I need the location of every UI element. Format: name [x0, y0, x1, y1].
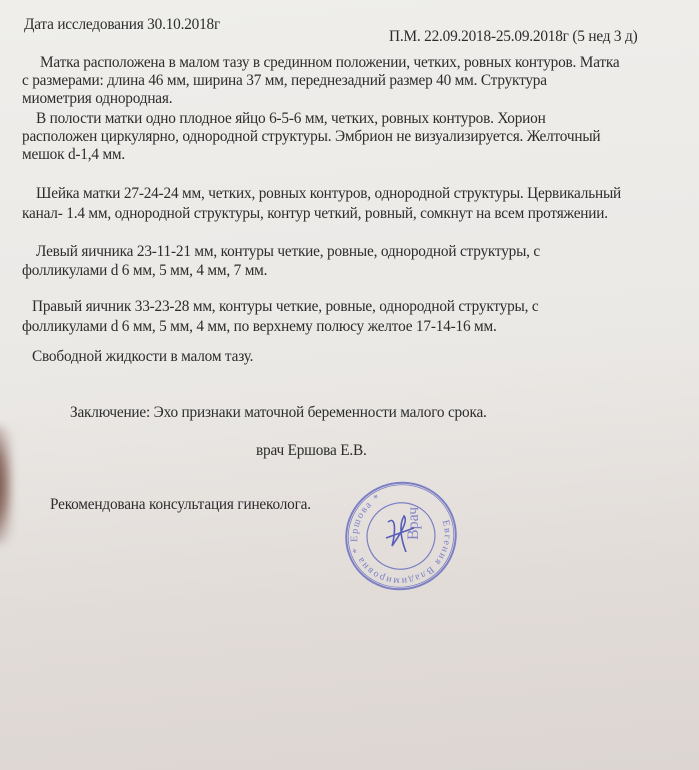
doctor-name: врач Ершова Е.В.	[256, 442, 367, 460]
conclusion: Заключение: Эхо признаки маточной береме…	[70, 404, 487, 422]
recommendation: Рекомендована консультация гинеколога.	[50, 496, 311, 514]
free-fluid-note: Свободной жидкости в малом тазу.	[32, 348, 253, 366]
exam-date: Дата исследования 30.10.2018г	[24, 16, 220, 34]
last-period: П.М. 22.09.2018-25.09.2018г (5 нед 3 д)	[389, 28, 637, 46]
svg-text:Врач: Врач	[405, 507, 422, 540]
finger-shadow	[0, 425, 12, 545]
doctor-stamp-icon: Евгения Владимировна * Ершова * Врач	[342, 480, 460, 592]
